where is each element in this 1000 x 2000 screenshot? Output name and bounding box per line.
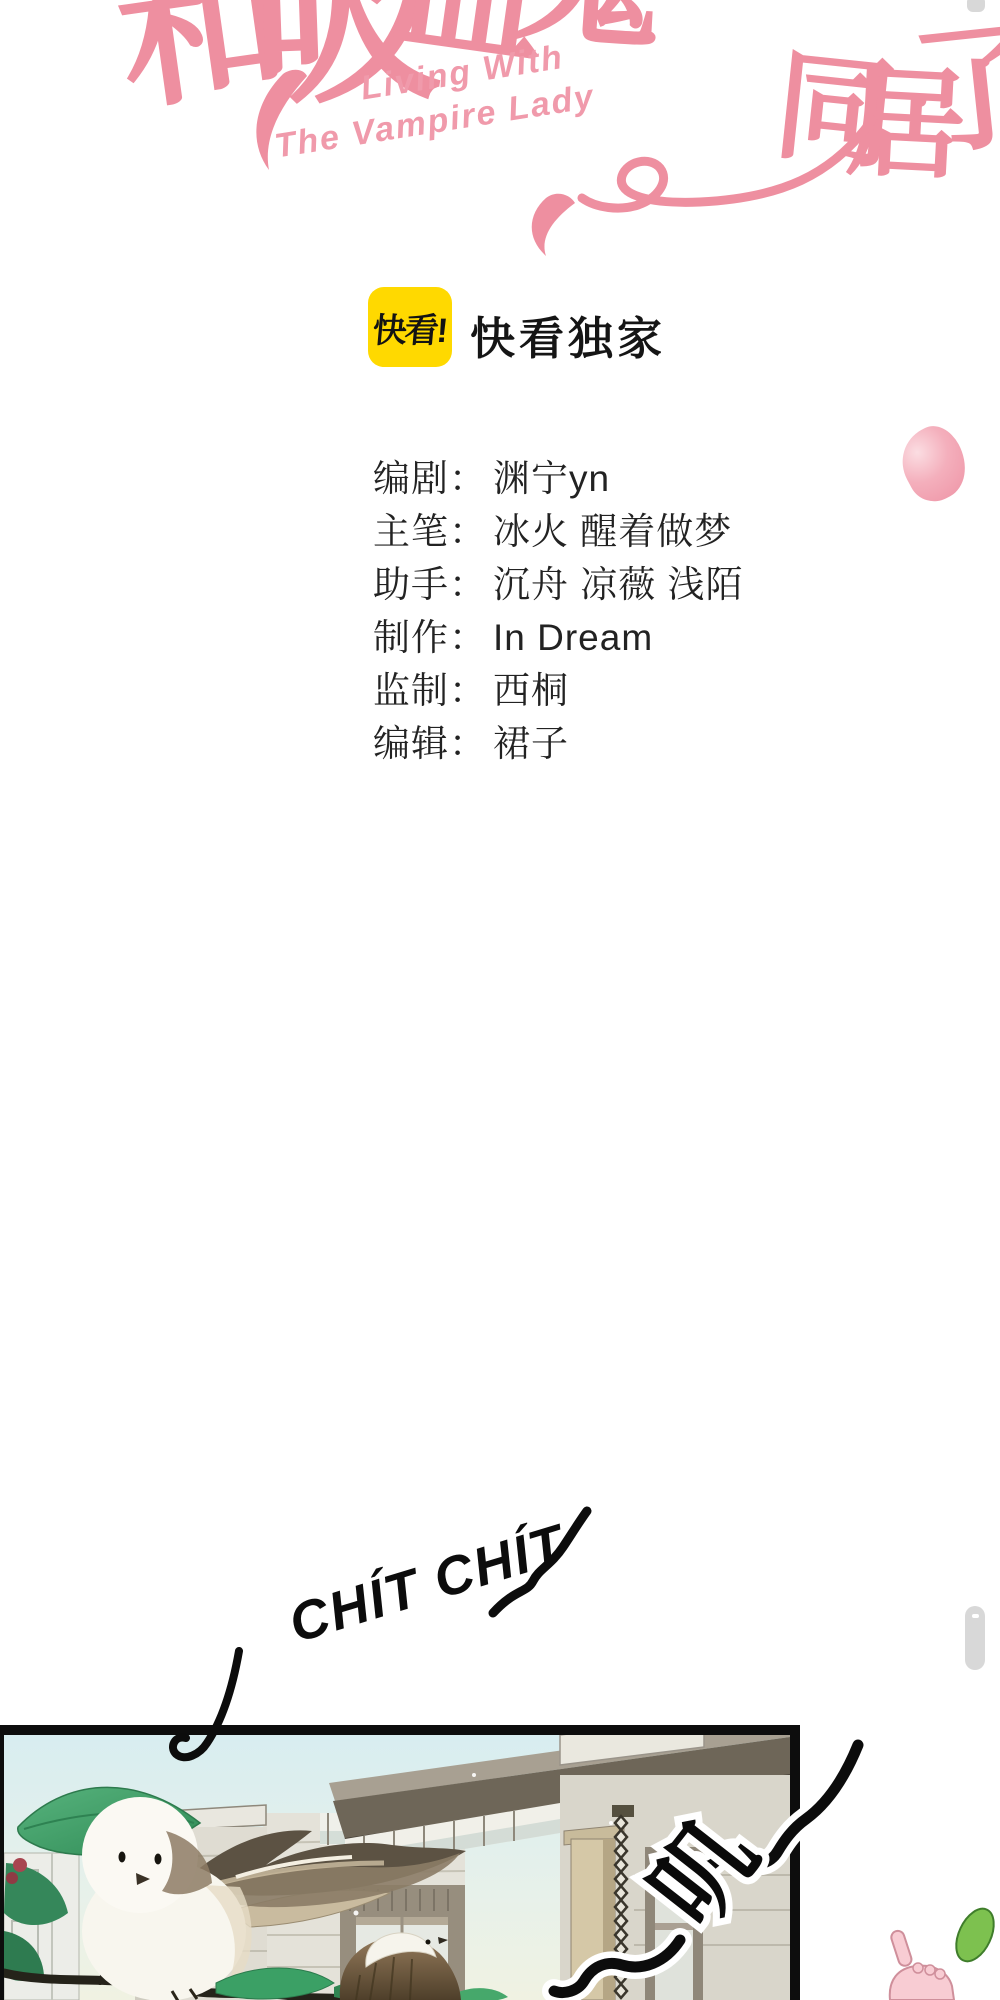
credit-value: 沉舟 凉薇 浅陌: [493, 564, 744, 605]
credit-label: 监制：: [373, 670, 487, 711]
sfx-ji-text: 叽: [627, 1797, 781, 1948]
credit-label: 主笔：: [373, 511, 487, 552]
credit-row-supervisor: 监制：西桐: [373, 664, 793, 717]
bird-large-eye-left: [119, 1852, 126, 1863]
credit-value: 裙子: [493, 723, 569, 764]
scrollbar-track-top[interactable]: [967, 0, 985, 12]
credit-value: 渊宁yn: [493, 458, 610, 499]
title-flourish-swirl: [360, 108, 880, 258]
credit-label: 编剧：: [373, 458, 487, 499]
credit-label: 助手：: [373, 564, 487, 605]
scrollbar-thumb[interactable]: [965, 1606, 985, 1670]
credit-value: 冰火 醒着做梦: [493, 511, 732, 552]
credit-value: 西桐: [493, 670, 569, 711]
comic-page: 和 吸 血 鬼 同 居 了 Living With The Vampire La…: [0, 0, 1000, 2000]
credit-row-assistants: 助手：沉舟 凉薇 浅陌: [373, 558, 793, 611]
sfx-ji-group: 叽: [540, 1715, 1000, 2000]
credit-label: 编辑：: [373, 723, 487, 764]
credit-label: 制作：: [373, 617, 487, 658]
credit-row-artist: 主笔：冰火 醒着做梦: [373, 505, 793, 558]
title-char-7: 了: [905, 13, 1000, 165]
kuaikan-logo-text: 快看!: [371, 303, 449, 352]
bird-large-eye-right: [155, 1854, 162, 1865]
sfx-chit-tail-stroke: [475, 1505, 605, 1620]
sfx-hook-stroke: [155, 1645, 265, 1775]
publisher-wordmark: 快看独家: [470, 302, 666, 367]
kuaikan-logo-icon: 快看!: [368, 287, 452, 367]
credit-row-editor: 编辑：裙子: [373, 717, 793, 770]
title-brush-curl: [235, 68, 325, 178]
credit-row-production: 制作：In Dream: [373, 611, 793, 664]
credit-row-writer: 编剧：渊宁yn: [373, 452, 793, 505]
petal-decoration: [890, 418, 979, 511]
bird-small-eye: [426, 1940, 431, 1945]
credits-block: 编剧：渊宁yn 主笔：冰火 醒着做梦 助手：沉舟 凉薇 浅陌 制作：In Dre…: [373, 452, 793, 770]
credit-value: In Dream: [493, 617, 653, 658]
